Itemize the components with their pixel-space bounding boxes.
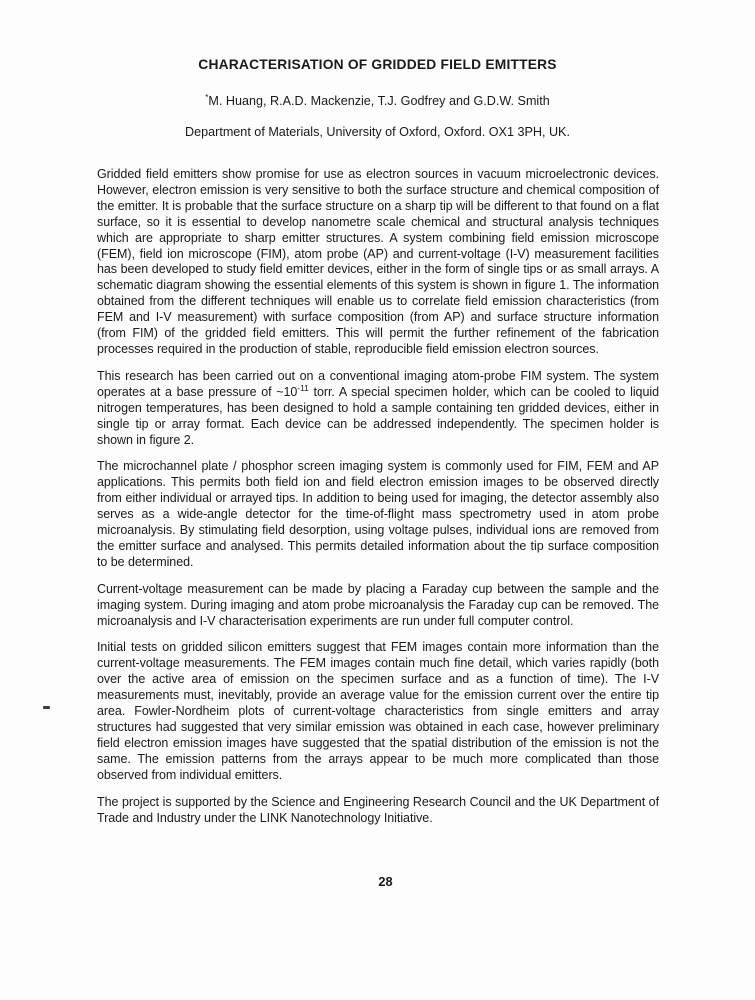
body-paragraph-5: Initial tests on gridded silicon emitter… (97, 640, 659, 783)
body-paragraph-6: The project is supported by the Science … (97, 795, 659, 827)
body-paragraph-4: Current-voltage measurement can be made … (97, 582, 659, 630)
scanned-paper-page: CHARACTERISATION OF GRIDDED FIELD EMITTE… (0, 0, 755, 1000)
paper-title: CHARACTERISATION OF GRIDDED FIELD EMITTE… (0, 57, 755, 72)
page-number: 28 (0, 874, 755, 889)
affiliation-line: Department of Materials, University of O… (0, 125, 755, 139)
abstract-body: Gridded field emitters show promise for … (97, 167, 659, 837)
pressure-exponent-superscript: -11 (297, 383, 309, 393)
body-paragraph-3: The microchannel plate / phosphor screen… (97, 459, 659, 570)
body-paragraph-1: Gridded field emitters show promise for … (97, 167, 659, 358)
body-paragraph-2: This research has been carried out on a … (97, 369, 659, 449)
authors-text: M. Huang, R.A.D. Mackenzie, T.J. Godfrey… (208, 94, 549, 108)
margin-pencil-mark (43, 706, 50, 709)
authors-line: *M. Huang, R.A.D. Mackenzie, T.J. Godfre… (0, 93, 755, 108)
